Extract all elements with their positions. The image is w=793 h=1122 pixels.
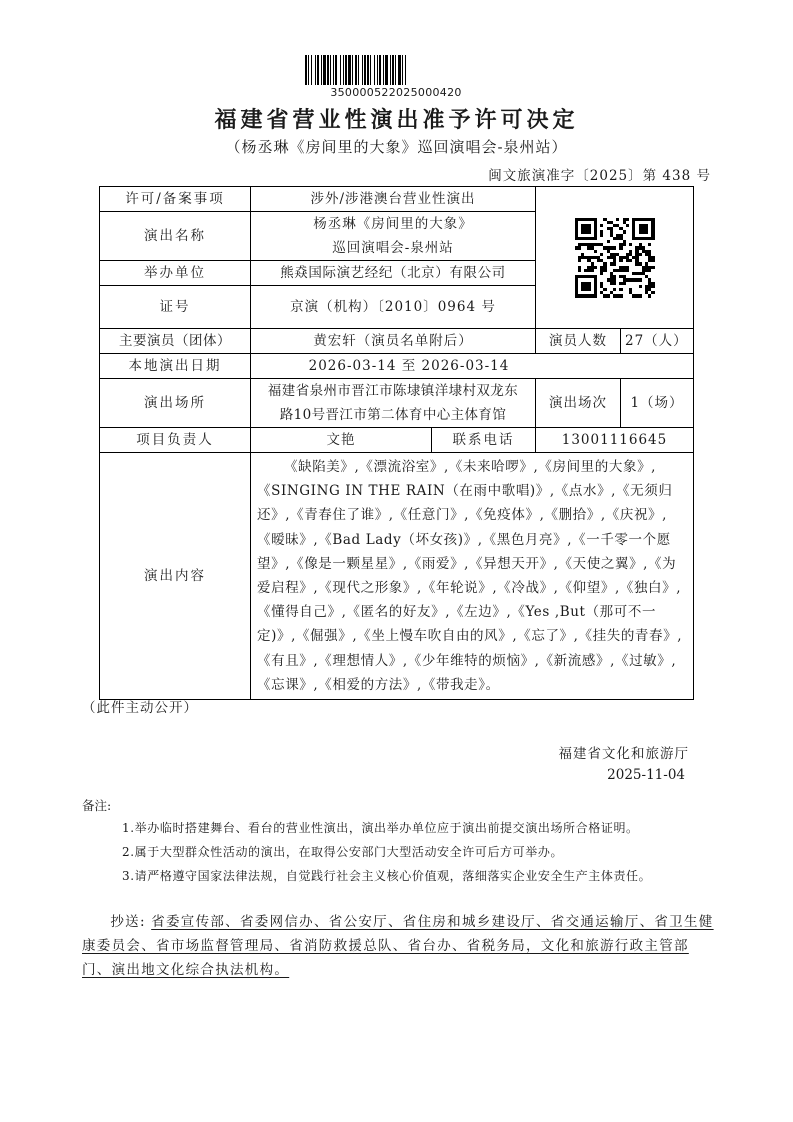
venue-label: 演出场所	[100, 379, 251, 428]
barcode-number: 35000052202500042​0	[305, 86, 487, 99]
show-name-line2: 巡回演唱会-泉州站	[255, 236, 531, 260]
main-performer-label: 主要演员（团体）	[100, 329, 251, 354]
permit-item-label: 许可/备案事项	[100, 187, 251, 212]
local-date-value: 2026-03-14 至 2026-03-14	[251, 354, 694, 379]
performer-count-value: 27（人）	[621, 329, 694, 354]
phone-label: 联系电话	[432, 428, 536, 453]
show-name-line1: 杨丞琳《房间里的大象》	[255, 212, 531, 236]
permit-table: 许可/备案事项 涉外/涉港澳台营业性演出 演出名称 杨丞琳《房间里的大象》 巡回…	[99, 186, 694, 700]
document-title: 福建省营业性演出准予许可决定	[0, 103, 793, 134]
show-name-label: 演出名称	[100, 212, 251, 261]
issuing-authority: 福建省文化和旅游厅	[559, 742, 690, 762]
venue-value: 福建省泉州市晋江市陈埭镇洋埭村双龙东 路10号晋江市第二体育中心主体育馆	[251, 379, 536, 428]
public-disclosure-note: （此件主动公开）	[82, 696, 198, 716]
performer-count-label: 演员人数	[536, 329, 621, 354]
organizer-label: 举办单位	[100, 261, 251, 286]
remark-item: 3.请严格遵守国家法律法规，自觉践行社会主义核心价值观，落细落实企业安全生产主体…	[122, 867, 651, 884]
cc-recipients: 抄送:省委宣传部、省委网信办、省公安厅、省住房和城乡建设厅、省交通运输厅、省卫生…	[82, 910, 714, 982]
barcode-icon	[305, 55, 487, 85]
table-row: 演出场所 福建省泉州市晋江市陈埭镇洋埭村双龙东 路10号晋江市第二体育中心主体育…	[100, 379, 694, 428]
license-label: 证号	[100, 286, 251, 329]
venue-line1: 福建省泉州市晋江市陈埭镇洋埭村双龙东	[253, 379, 533, 403]
remark-item: 2.属于大型群众性活动的演出，在取得公安部门大型活动安全许可后方可举办。	[122, 843, 563, 860]
table-row: 本地演出日期 2026-03-14 至 2026-03-14	[100, 354, 694, 379]
table-row: 主要演员（团体） 黄宏轩（演员名单附后） 演员人数 27（人）	[100, 329, 694, 354]
qr-cell	[536, 187, 694, 329]
table-row: 项目负责人 文艳 联系电话 13001116645	[100, 428, 694, 453]
program-value: 《缺陷美》,《漂流浴室》,《未来哈啰》,《房间里的大象》,《SINGING IN…	[251, 453, 694, 700]
phone-value: 13001116645	[536, 428, 694, 453]
program-label: 演出内容	[100, 453, 251, 700]
manager-label: 项目负责人	[100, 428, 251, 453]
show-name-value: 杨丞琳《房间里的大象》 巡回演唱会-泉州站	[251, 212, 536, 261]
cc-body: 省委宣传部、省委网信办、省公安厅、省住房和城乡建设厅、省交通运输厅、省卫生健康委…	[82, 914, 714, 978]
sessions-value: 1（场）	[621, 379, 694, 428]
issue-date: 2025-11-04	[607, 767, 685, 783]
permit-item-value: 涉外/涉港澳台营业性演出	[251, 187, 536, 212]
sessions-label: 演出场次	[536, 379, 621, 428]
license-value: 京演（机构）〔2010〕0964 号	[251, 286, 536, 329]
document-number: 闽文旅演准字〔2025〕第 438 号	[488, 164, 711, 184]
cc-label: 抄送:	[110, 910, 145, 934]
table-row: 许可/备案事项 涉外/涉港澳台营业性演出	[100, 187, 694, 212]
remark-item: 1.举办临时搭建舞台、看台的营业性演出，演出举办单位应于演出前提交演出场所合格证…	[122, 819, 639, 836]
document-subtitle: （杨丞琳《房间里的大象》巡回演唱会-泉州站）	[0, 136, 793, 157]
main-performer-value: 黄宏轩（演员名单附后）	[251, 329, 536, 354]
venue-line2: 路10号晋江市第二体育中心主体育馆	[253, 403, 533, 427]
manager-value: 文艳	[251, 428, 432, 453]
local-date-label: 本地演出日期	[100, 354, 251, 379]
qr-code-icon	[575, 218, 655, 298]
table-row: 演出内容 《缺陷美》,《漂流浴室》,《未来哈啰》,《房间里的大象》,《SINGI…	[100, 453, 694, 700]
remarks-label: 备注:	[82, 796, 111, 814]
organizer-value: 熊猋国际演艺经纪（北京）有限公司	[251, 261, 536, 286]
